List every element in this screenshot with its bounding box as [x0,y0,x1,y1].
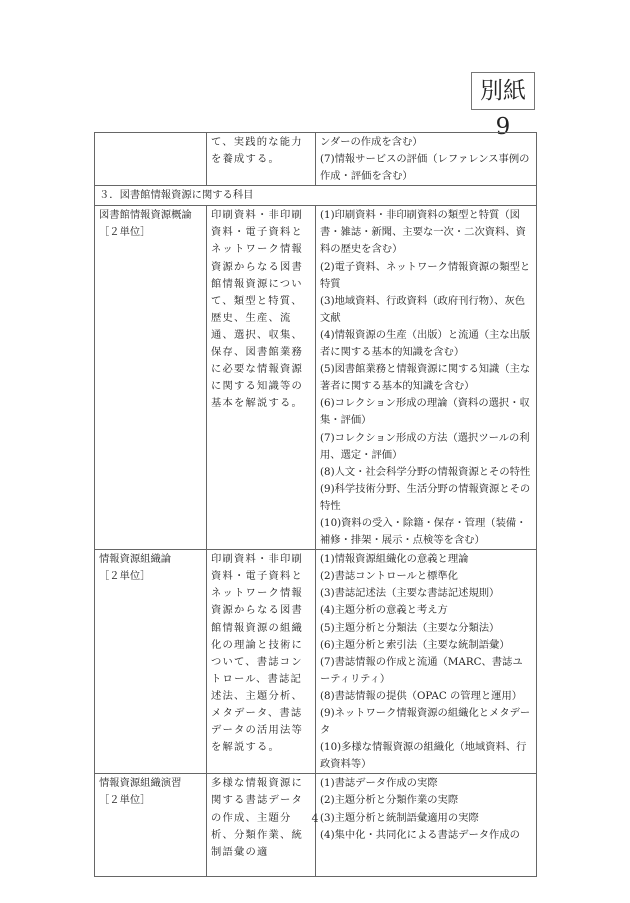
subject-cell [95,133,207,186]
table-row: 情報資源組織論 ［２単位］ 印刷資料・非印刷資料・電子資料とネットワーク情報資源… [95,550,537,774]
table-row: 図書館情報資源概論 ［２単位］ 印刷資料・非印刷資料・電子資料とネットワーク情報… [95,206,537,550]
content-item: (5)主題分析と分類法（主要な分類法） [320,620,532,637]
subject-title: 図書館情報資源概論 [99,207,202,224]
credits: ［２単位］ [99,224,202,241]
content-item: (2)書誌コントロールと標準化 [320,568,532,585]
content-item: (1)情報資源組織化の意義と理論 [320,551,532,568]
content-item: (1)書誌データ作成の実際 [320,775,532,792]
content-item: (8)書誌情報の提供（OPAC の管理と運用） [320,688,532,705]
description-cell: 印刷資料・非印刷資料・電子資料とネットワーク情報資源からなる図書館情報資源の組織… [207,550,316,774]
subject-title: 情報資源組織演習 [99,775,202,792]
description-cell: 印刷資料・非印刷資料・電子資料とネットワーク情報資源からなる図書館情報資源につい… [207,206,316,550]
content-item: (2)電子資料、ネットワーク情報資源の類型と特質 [320,259,532,293]
table-row-continued: て、実践的な能力を養成する。 ンダーの作成を含む） (7)情報サービスの評価（レ… [95,133,537,186]
subject-cell: 情報資源組織演習 ［２単位］ [95,774,207,877]
content-item: (4)情報資源の生産（出版）と流通（主な出版者に関する基本的知識を含む） [320,327,532,361]
content-item: (7)書誌情報の作成と流通（MARC、書誌ユーティリティ） [320,654,532,688]
content-item: (6)主題分析と索引法（主要な統制語彙） [320,637,532,654]
section-header: ３．図書館情報資源に関する科目 [95,186,537,206]
content-item: (3)地域資料、行政資料（政府刊行物）、灰色文献 [320,293,532,327]
content-item: (8)人文・社会科学分野の情報資源とその特性 [320,464,532,481]
description-cell: て、実践的な能力を養成する。 [207,133,316,186]
credits: ［２単位］ [99,568,202,585]
page-number: 4 [0,812,630,825]
credits: ［２単位］ [99,792,202,809]
content-item: (6)コレクション形成の理論（資料の選択・収集・評価） [320,395,532,429]
subject-cell: 情報資源組織論 ［２単位］ [95,550,207,774]
content-item: (5)図書館業務と情報資源に関する知識（主な著者に関する基本的知識を含む） [320,361,532,395]
contents-cell: (1)印刷資料・非印刷資料の類型と特質（図書・雑誌・新聞、主要な一次・二次資料、… [316,206,537,550]
attachment-label: 別紙 9 [471,72,535,110]
subject-title: 情報資源組織論 [99,551,202,568]
content-item: (7)情報サービスの評価（レファレンス事例の作成・評価を含む） [320,151,532,185]
content-item: (2)主題分析と分類作業の実際 [320,792,532,809]
content-item: ンダーの作成を含む） [320,134,532,151]
contents-cell: ンダーの作成を含む） (7)情報サービスの評価（レファレンス事例の作成・評価を含… [316,133,537,186]
content-item: (4)集中化・共同化による書誌データ作成の [320,827,532,844]
section-header-row: ３．図書館情報資源に関する科目 [95,186,537,206]
contents-cell: (1)情報資源組織化の意義と理論 (2)書誌コントロールと標準化 (3)書誌記述… [316,550,537,774]
contents-cell: (1)書誌データ作成の実際 (2)主題分析と分類作業の実際 (3)主題分析と統制… [316,774,537,877]
subject-cell: 図書館情報資源概論 ［２単位］ [95,206,207,550]
content-item: (9)ネットワーク情報資源の組織化とメタデータ [320,705,532,739]
content-item: (10)多様な情報資源の組織化（地域資料、行政資料等） [320,739,532,773]
content-item: (3)書誌記述法（主要な書誌記述規則） [320,585,532,602]
content-item: (10)資料の受入・除籍・保存・管理（装備・補修・排架・展示・点検等を含む） [320,515,532,549]
content-item: (1)印刷資料・非印刷資料の類型と特質（図書・雑誌・新聞、主要な一次・二次資料、… [320,207,532,258]
content-item: (7)コレクション形成の方法（選択ツールの利用、選定・評価） [320,430,532,464]
table-row: 情報資源組織演習 ［２単位］ 多様な情報資源に関する書誌データの作成、主題分析、… [95,774,537,877]
content-item: (4)主題分析の意義と考え方 [320,602,532,619]
description-cell: 多様な情報資源に関する書誌データの作成、主題分析、分類作業、統制語彙の適 [207,774,316,877]
syllabus-table: て、実践的な能力を養成する。 ンダーの作成を含む） (7)情報サービスの評価（レ… [94,132,537,877]
content-item: (9)科学技術分野、生活分野の情報資源とその特性 [320,481,532,515]
